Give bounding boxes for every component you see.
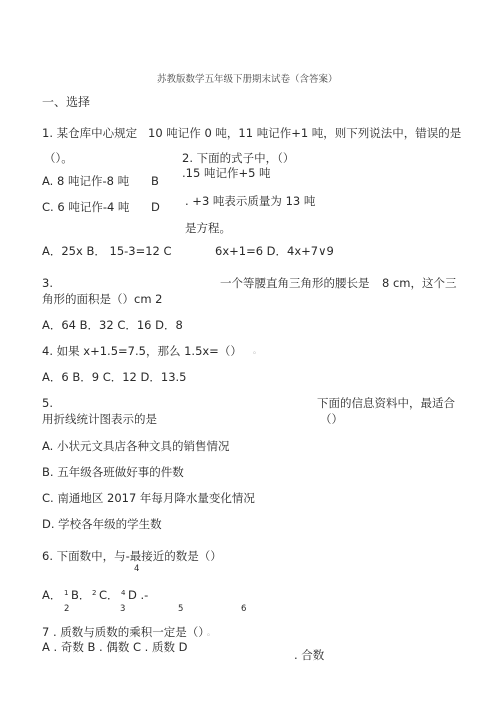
q4-stem: 4. 如果 x+1.5=7.5，那么 1.5x=（） (42, 344, 242, 358)
q6-b-numerator: 2 (92, 586, 96, 600)
q6-stem: 6. 下面数中，与-最接近的数是（） (42, 549, 222, 563)
q3-stem-a: 一个等腰直角三角形的腰长是 (220, 276, 370, 290)
q5-option-d: D. 学校各年级的学生数 (42, 517, 162, 531)
q5-option-a: A. 小状元文具店各种文具的销售情况 (42, 439, 229, 453)
q1-option-d-text: . +3 吨表示质量为 13 吨 (185, 194, 315, 208)
q1-option-b-text: .15 吨记作+5 吨 (182, 166, 271, 180)
q1-option-b-letter: B (151, 174, 159, 188)
q6-denominator: 4 (134, 562, 139, 576)
q6-a-numerator: 1 (64, 586, 68, 600)
q6-option-a-label: A． (42, 588, 61, 602)
q7-option-d-text: . 合数 (294, 648, 324, 662)
q3-stem-b: 8 cm，这个三 (382, 276, 457, 290)
q1-stem-b: 10 吨记作 0 吨，11 吨记作+1 吨，则下列说法中，错误的是 (148, 126, 461, 140)
q6-den-5: 5 (178, 602, 183, 616)
q7-dot: 。 (207, 626, 215, 640)
q6-c-numerator: 4 (121, 586, 125, 600)
q1-option-a: A. 8 吨记作-8 吨 (42, 174, 129, 188)
q4-options: A．6 B．9 C．12 D．13.5 (42, 370, 186, 384)
q6-den-6: 6 (241, 602, 246, 616)
q5-option-b: B. 五年级各班做好事的件数 (42, 465, 184, 479)
q1-option-c: C. 6 吨记作-4 吨 (42, 200, 129, 214)
section-heading: 一、选择 (42, 95, 90, 109)
q3-options: A．64 B．32 C．16 D．8 (42, 318, 183, 332)
q6-den-2: 2 (64, 602, 69, 616)
q6-option-b-label: B． (71, 588, 90, 602)
q3-number: 3. (42, 276, 53, 290)
q5-stem-b: 用折线统计图表示的是 (42, 412, 157, 426)
q5-blank: （） (320, 412, 343, 426)
q1-option-d-letter: D (151, 200, 160, 214)
q7-stem: 7 . 质数与质数的乘积一定是（） (42, 625, 210, 639)
q5-option-c: C. 南通地区 2017 年每月降水量变化情况 (42, 491, 255, 505)
q5-number: 5. (42, 396, 53, 410)
q2-options-b: 6x+1=6 D．4x+7∨9 (215, 244, 334, 258)
q2-options-a: A．25x B． 15-3=12 C (42, 244, 172, 258)
q1-blank: （）。 (44, 151, 73, 165)
document-title: 苏教版数学五年级下册期末试卷（含答案） (157, 73, 338, 87)
q6-option-c-label: C． (99, 588, 119, 602)
q1-stem-a: 1. 某仓库中心规定 (42, 126, 137, 140)
q2-stem: 2. 下面的式子中，（） (182, 151, 294, 165)
q6-den-3: 3 (120, 602, 125, 616)
q4-dot: 。 (253, 344, 261, 358)
q2-stem-tail: 是方程。 (185, 221, 231, 235)
q6-option-d-label: D .- (128, 588, 148, 602)
q7-options: A . 奇数 B . 偶数 C . 质数 D (42, 640, 188, 654)
q3-stem-c: 角形的面积是（）cm 2 (42, 292, 163, 306)
q5-stem-a: 下面的信息资料中，最适合 (317, 396, 455, 410)
